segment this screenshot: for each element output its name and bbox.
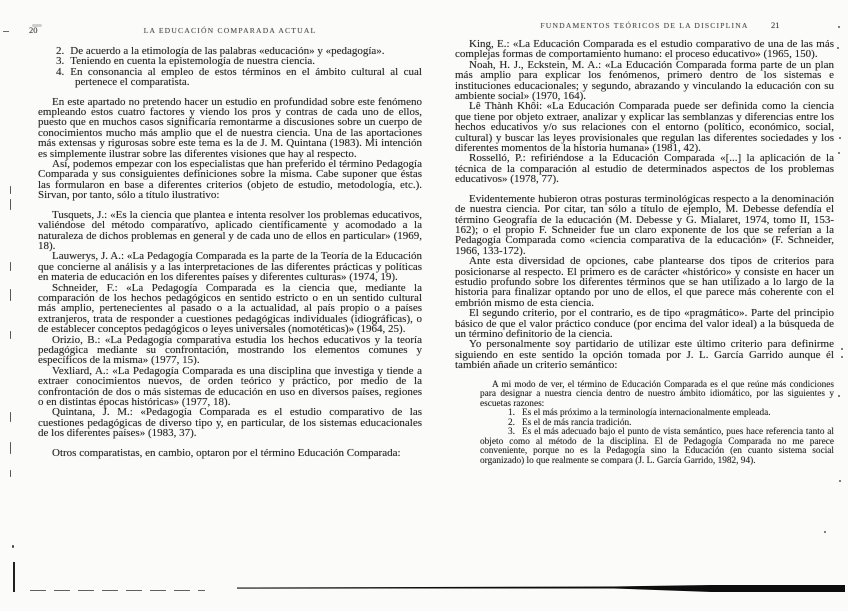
left-para-3: En este apartado no pretendo hacer un es… <box>38 97 422 159</box>
right-para-7: Yo personalmente soy partidario de utili… <box>455 339 834 370</box>
block-quotation: A mi modo de ver, el término de Educació… <box>480 381 834 467</box>
list-number: 1. <box>508 408 522 418</box>
scan-mark-binding-tick <box>10 412 11 422</box>
quote-q-item-3: 3.Es el más adecuado bajo el punto de vi… <box>480 428 834 466</box>
right-para-4: Evidentemente hubieron otras posturas te… <box>455 194 834 256</box>
right-para-1: Noah, H. J., Eckstein, M. A.: «La Educac… <box>455 60 834 102</box>
scan-mark-bottom-dashes <box>30 590 205 591</box>
scan-mark-binding-tick <box>10 186 11 194</box>
quote-q-para-0: A mi modo de ver, el término de Educació… <box>480 381 834 410</box>
list-number: 4. <box>56 66 70 78</box>
left-para-6: Lauwerys, J. A.: «La Pedagogía Comparada… <box>38 251 422 282</box>
scan-mark-corner-dash <box>3 31 9 32</box>
scan-mark-binding-tick <box>10 262 11 271</box>
scan-speck <box>824 531 826 533</box>
scan-mark-binding-tick <box>10 470 11 477</box>
scan-speck <box>841 356 843 358</box>
right-page-number: 21 <box>771 20 780 30</box>
book-scan-spread: 20 LA EDUCACIÓN COMPARADA ACTUAL FUNDAME… <box>0 0 848 611</box>
scan-speck <box>838 152 840 154</box>
right-para-5: Ante esta diversidad de opciones, cabe p… <box>455 256 834 308</box>
left-para-8: Orizio, B.: «La Pedagogía comparativa es… <box>38 335 422 366</box>
right-para-6: El segundo criterio, por el contrario, e… <box>455 308 834 339</box>
scan-speck <box>838 395 840 397</box>
left-para-5: Tusquets, J.: «Es la ciencia que plantea… <box>38 210 422 252</box>
left-para-10: Quintana, J. M.: «Pedagogía Comparada es… <box>38 407 422 438</box>
scan-speck <box>841 348 843 350</box>
left-para-9: Vexliard, A.: «La Pedagogía Comparada es… <box>38 366 422 408</box>
scan-speck <box>839 480 841 482</box>
scan-speck <box>838 26 840 28</box>
scan-speck <box>839 137 841 139</box>
right-page-body: King, E.: «La Educación Comparada es el … <box>455 39 834 466</box>
left-li-2: 4.En consonancia al empleo de estos térm… <box>38 67 422 88</box>
scan-mark-bottom-edge-line <box>237 585 845 592</box>
left-page-body: 2.De acuerdo a la etimología de las pala… <box>38 46 422 458</box>
scan-mark-binding-tick <box>10 442 11 454</box>
left-page-number: 20 <box>29 25 38 35</box>
left-para-7: Schneider, F.: «La Pedagogía Comparada e… <box>38 283 422 335</box>
right-para-0: King, E.: «La Educación Comparada es el … <box>455 39 834 60</box>
scan-mark-binding-tick <box>10 289 11 301</box>
right-para-3: Rosselló, P.: refiriéndose a la Educació… <box>455 153 834 184</box>
scan-mark-binding-tick <box>10 199 11 210</box>
scan-mark-left-tick <box>13 562 15 592</box>
left-running-title: LA EDUCACIÓN COMPARADA ACTUAL <box>38 26 422 35</box>
left-para-11: Otros comparatistas, en cambio, optaron … <box>38 448 422 458</box>
list-number: 3. <box>508 427 522 437</box>
scan-speck <box>837 47 839 49</box>
left-para-4: Así, podemos empezar con los especialist… <box>38 159 422 201</box>
scan-mark-left-dot <box>12 545 14 548</box>
right-para-2: Lê Thành Khôi: «La Educación Comparada p… <box>455 101 834 153</box>
scan-mark-binding-tick <box>10 331 11 339</box>
